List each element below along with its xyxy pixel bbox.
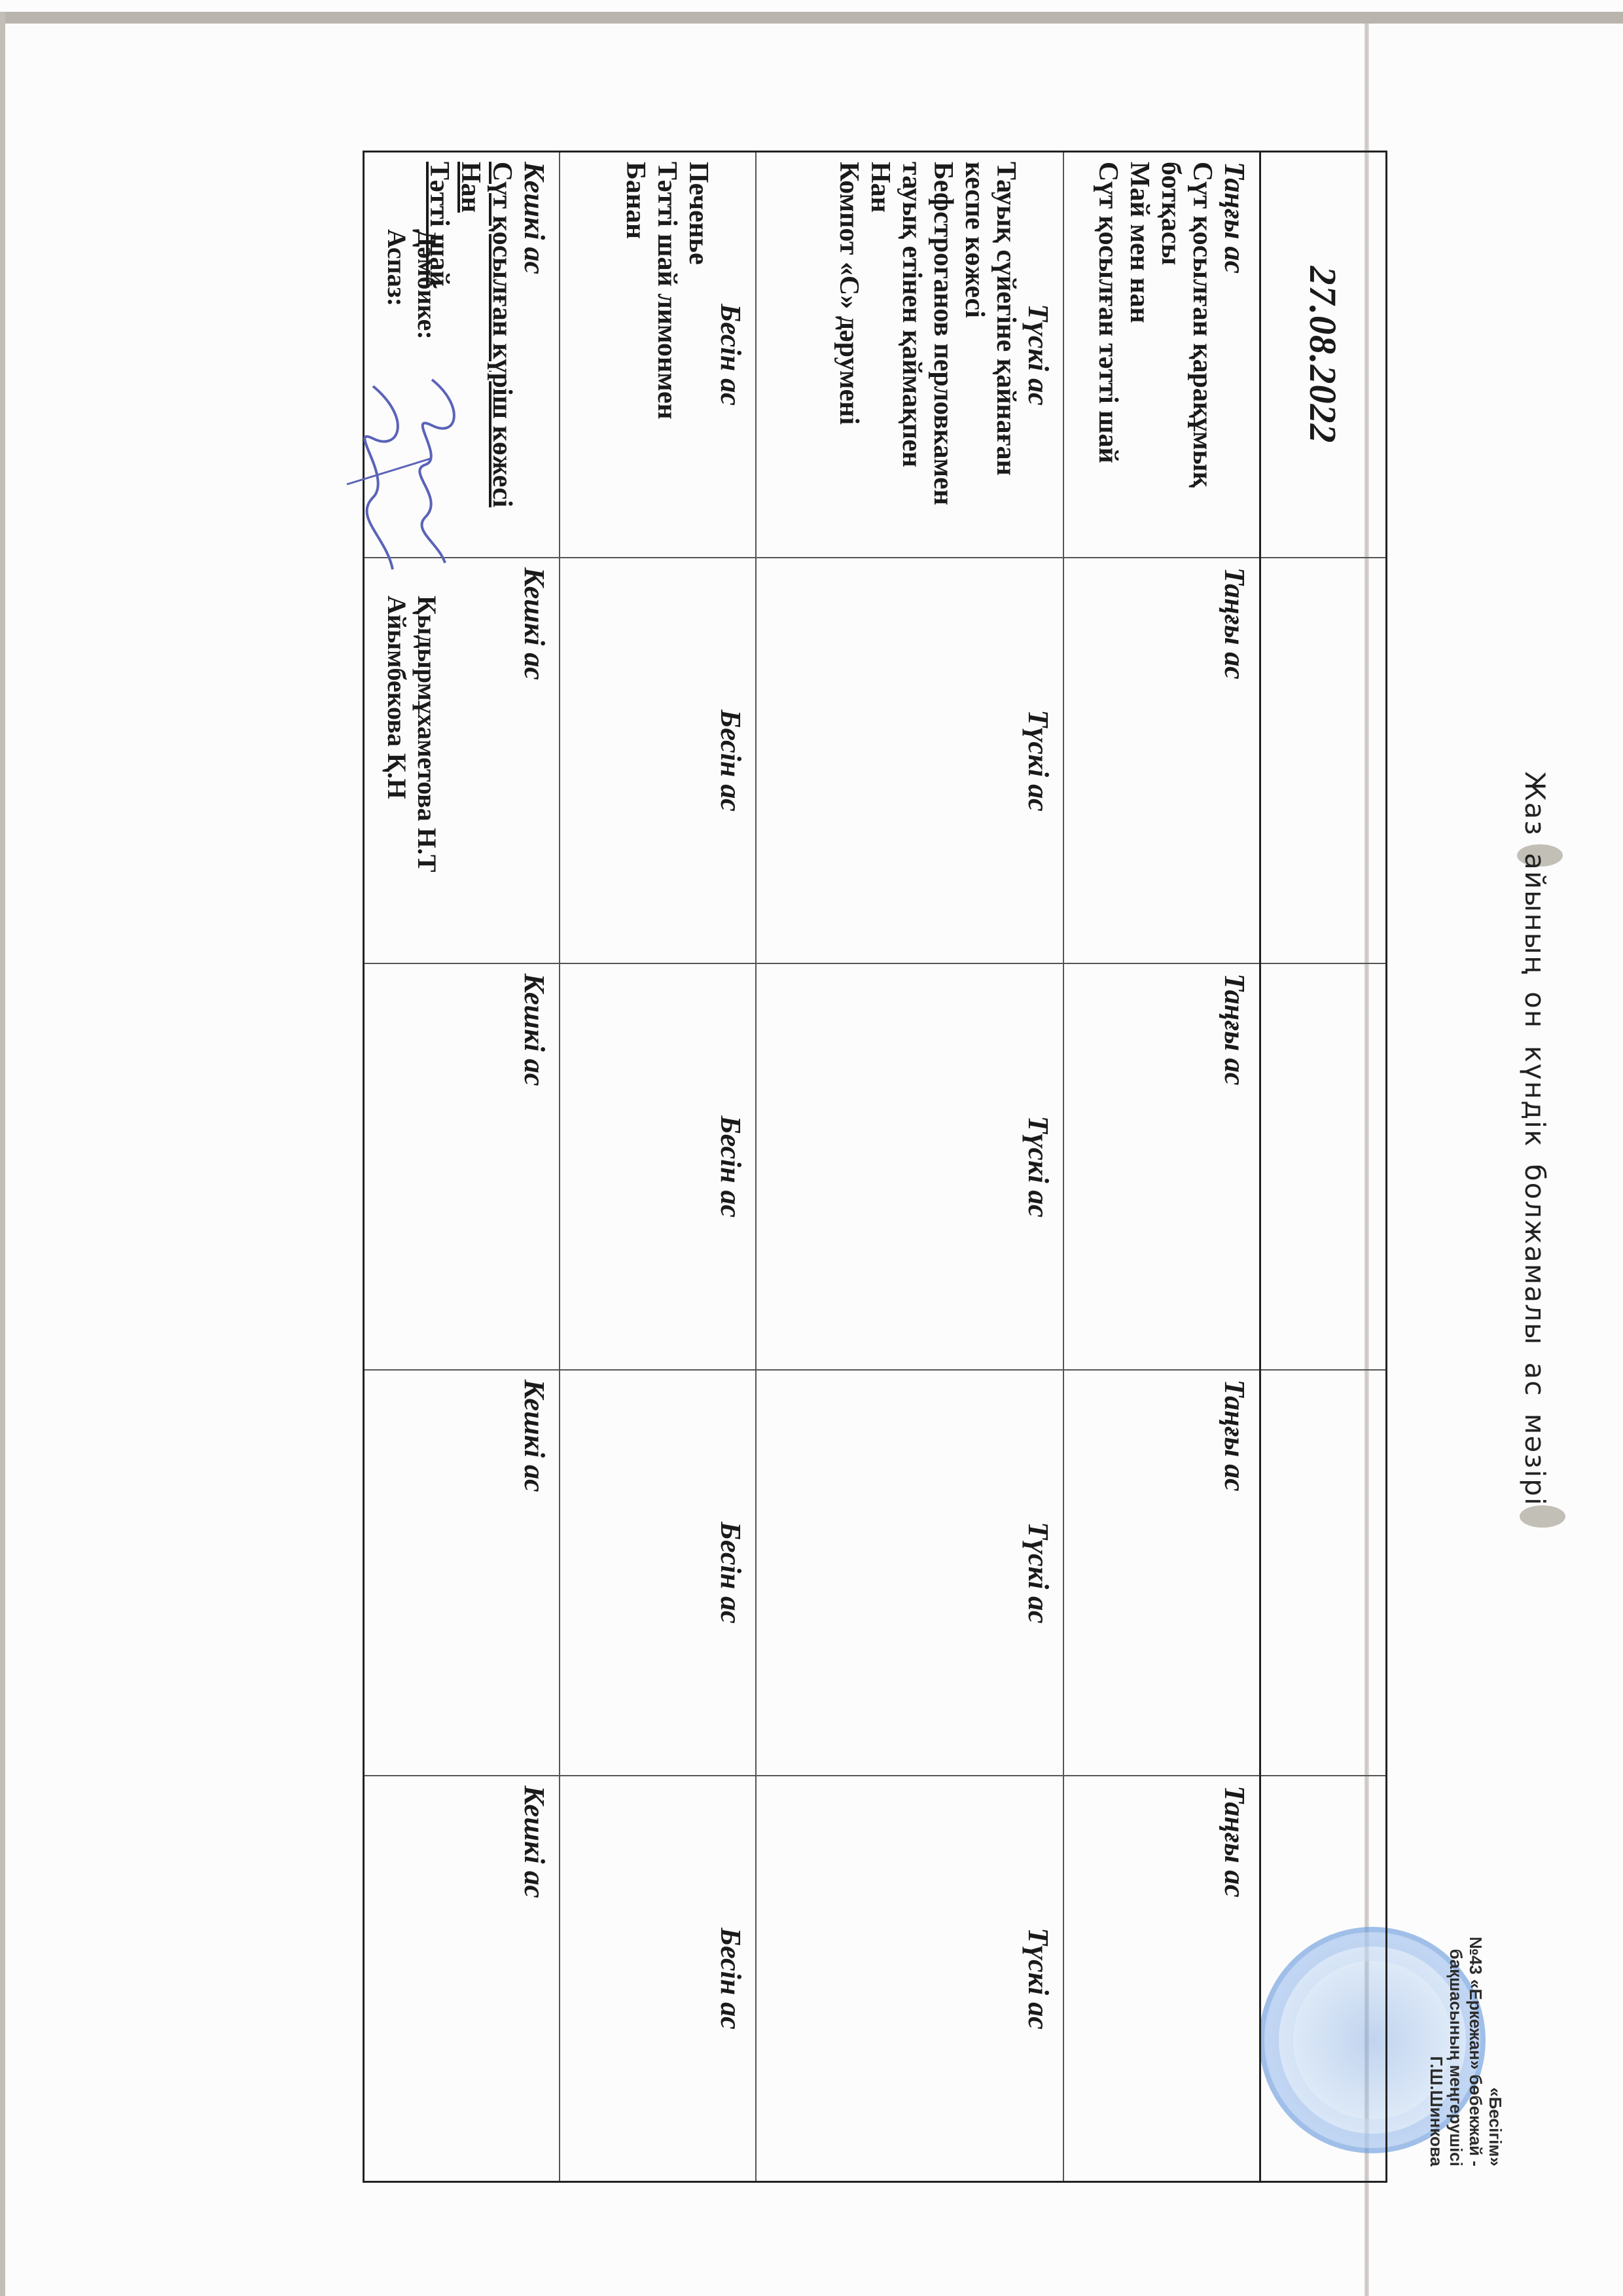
meal-label: Түскі ас [1022, 567, 1056, 954]
date-cell: 27.08.2022 [1260, 152, 1387, 558]
dish-item: Компот «С» дәрумені [834, 162, 865, 548]
meal-label: Түскі ас [1022, 1785, 1056, 2172]
approval-line: «Бесігім» [1486, 1931, 1505, 2166]
meal-label: Таңғы ас [1218, 973, 1251, 1359]
dish-item: Сүт қосылған қарақұмық ботқасы [1155, 162, 1218, 548]
approval-line: №43 «Еркежан» бөбекжай - [1466, 1931, 1486, 2166]
approval-line: Г.Ш.Шинкова [1427, 1931, 1446, 2166]
dish-item: Май мен нан [1124, 162, 1155, 548]
meal-label: Бесін ас [715, 567, 748, 954]
signature-row: Аспаз: Айымбекова Қ.Н [382, 229, 412, 872]
meal-cell: Кешкі ас [364, 1370, 560, 1776]
meal-label: Таңғы ас [1218, 1380, 1251, 1766]
meal-cell: Түскі ас [757, 963, 1064, 1369]
dish-item: Сүт қосылған күріш көжесі [487, 162, 518, 548]
date-cell [1260, 1776, 1387, 2181]
signatures: Дәмбике: Қыдырмұхаметова Н.Т Аспаз: Айым… [382, 229, 442, 872]
meal-cell: Бесін ас [560, 1370, 757, 1776]
meal-cell: Таңғы ас [1064, 1370, 1260, 1776]
menu-sheet: Жаз айының он күндік болжамалы ас мәзірі… [26, 26, 1584, 2251]
date-cell [1260, 1370, 1387, 1776]
date-cell [1260, 558, 1387, 963]
meal-label: Кешкі ас [518, 1380, 552, 1766]
meal-cell: Таңғы асСүт қосылған қарақұмық ботқасыМа… [1064, 152, 1260, 558]
scan-edge [0, 12, 1623, 24]
meal-label: Бесін ас [715, 162, 748, 548]
meal-label: Кешкі ас [518, 162, 552, 548]
signature-name: Айымбекова Қ.Н [382, 596, 412, 799]
meal-label: Кешкі ас [518, 973, 552, 1359]
meal-label: Кешкі ас [518, 567, 552, 954]
meal-cell: Түскі асТауық сүйегіне қайнаған кеспе кө… [757, 152, 1064, 558]
meal-label: Кешкі ас [518, 1785, 552, 2172]
meal-label: Таңғы ас [1218, 1785, 1251, 2172]
dish-item: Тауық сүйегіне қайнаған кеспе көжесі [959, 162, 1022, 548]
date-row: 27.08.2022 [1260, 152, 1387, 2182]
dish-item: Банан [620, 162, 652, 548]
meal-cell: Түскі ас [757, 1370, 1064, 1776]
meal-cell: Бесін ас [560, 558, 757, 963]
meal-cell: Таңғы ас [1064, 1776, 1260, 2181]
dish-item: Нан [865, 162, 897, 548]
meal-cell: Түскі ас [757, 558, 1064, 963]
meal-cell: Түскі ас [757, 1776, 1064, 2181]
meal-cell: Таңғы ас [1064, 558, 1260, 963]
meal-label: Түскі ас [1022, 162, 1056, 548]
meal-label: Таңғы ас [1218, 567, 1251, 954]
meal-label: Бесін ас [715, 973, 748, 1359]
meal-label: Таңғы ас [1218, 162, 1251, 548]
meal-cell: Бесін ас [560, 963, 757, 1369]
approval-line: бақшасының меңгерушісі [1446, 1931, 1466, 2166]
dish-item: Печенье [683, 162, 715, 548]
meal-cell: Кешкі ас [364, 963, 560, 1369]
date-cell [1260, 963, 1387, 1369]
meal-label: Бесін ас [715, 1785, 748, 2172]
menu-table: 27.08.2022Таңғы асСүт қосылған қарақұмық… [363, 151, 1387, 2183]
meal-cell: Кешкі ас [364, 1776, 560, 2181]
meal-label: Түскі ас [1022, 973, 1056, 1359]
meal-row: Бесін асПеченьеТәтті шай лимонменБананБе… [560, 152, 757, 2182]
meal-label: Түскі ас [1022, 1380, 1056, 1766]
page-title: Жаз айының он күндік болжамалы ас мәзірі [1519, 26, 1551, 2251]
approval-header: «Бесігім» №43 «Еркежан» бөбекжай - бақша… [1427, 1931, 1505, 2166]
meal-cell: Бесін асПеченьеТәтті шай лимонменБанан [560, 152, 757, 558]
signature-role: Аспаз: [382, 229, 412, 596]
signature-role: Дәмбике: [412, 229, 442, 596]
meal-cell: Таңғы ас [1064, 963, 1260, 1369]
signature-row: Дәмбике: Қыдырмұхаметова Н.Т [412, 229, 442, 872]
meal-label: Бесін ас [715, 1380, 748, 1766]
dish-item: Тәтті шай лимонмен [652, 162, 683, 548]
meal-row: Түскі асТауық сүйегіне қайнаған кеспе кө… [757, 152, 1064, 2182]
dish-item: Сүт қосылған тәтті шай [1092, 162, 1124, 548]
scan-edge [0, 12, 5, 2296]
meal-cell: Бесін ас [560, 1776, 757, 2181]
signature-name: Қыдырмұхаметова Н.Т [412, 596, 442, 872]
dish-item: Бефстроганов перловкамен тауық етінен қа… [897, 162, 959, 548]
meal-row: Таңғы асСүт қосылған қарақұмық ботқасыМа… [1064, 152, 1260, 2182]
